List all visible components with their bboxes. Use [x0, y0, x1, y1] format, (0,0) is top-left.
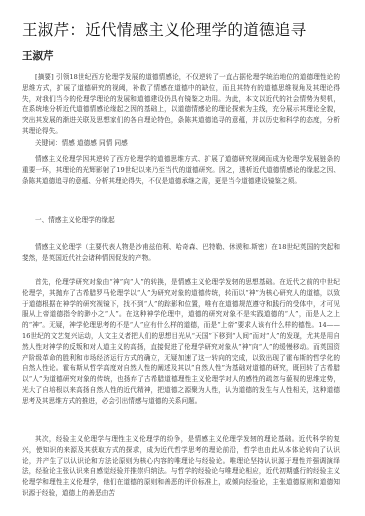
document-title: 王淑芹：近代情感主义伦理学的道德追寻 [22, 20, 362, 40]
document-author: 王淑芹 [22, 49, 54, 63]
first-point-paragraph: 首先，伦理学研究对象由“神”向“人”的转换，是情感主义伦理学发轫的思想基础。在近… [22, 277, 340, 407]
intro-paragraph: 情感主义伦理学因其逆转了西方伦理学的道德思维方式、扩展了道德研究视阈而成为伦理学… [22, 154, 340, 186]
section1-paragraph: 情感主义伦理学（主要代表人物是沙甫兹伯利、哈奇森、巴特勒、休谟和.斯密）在18世… [22, 242, 340, 264]
section-heading: 一、情感主义伦理学的缘起 [22, 215, 340, 226]
abstract-paragraph: [摘要] 引领18世纪西方伦理学发展的道德情感论，不仅逆转了一直占据伦理学统治地… [22, 72, 340, 137]
document-page: 王淑芹：近代情感主义伦理学的道德追寻 王淑芹 [摘要] 引领18世纪西方伦理学发… [0, 0, 365, 516]
keywords-line: 关键词：情感 道德感 同情 同感 [22, 138, 340, 149]
second-point-paragraph: 其次，经验主义伦理学与理性主义伦理学的纷争，是情感主义伦理学发轫的理论基础。近代… [22, 434, 340, 499]
